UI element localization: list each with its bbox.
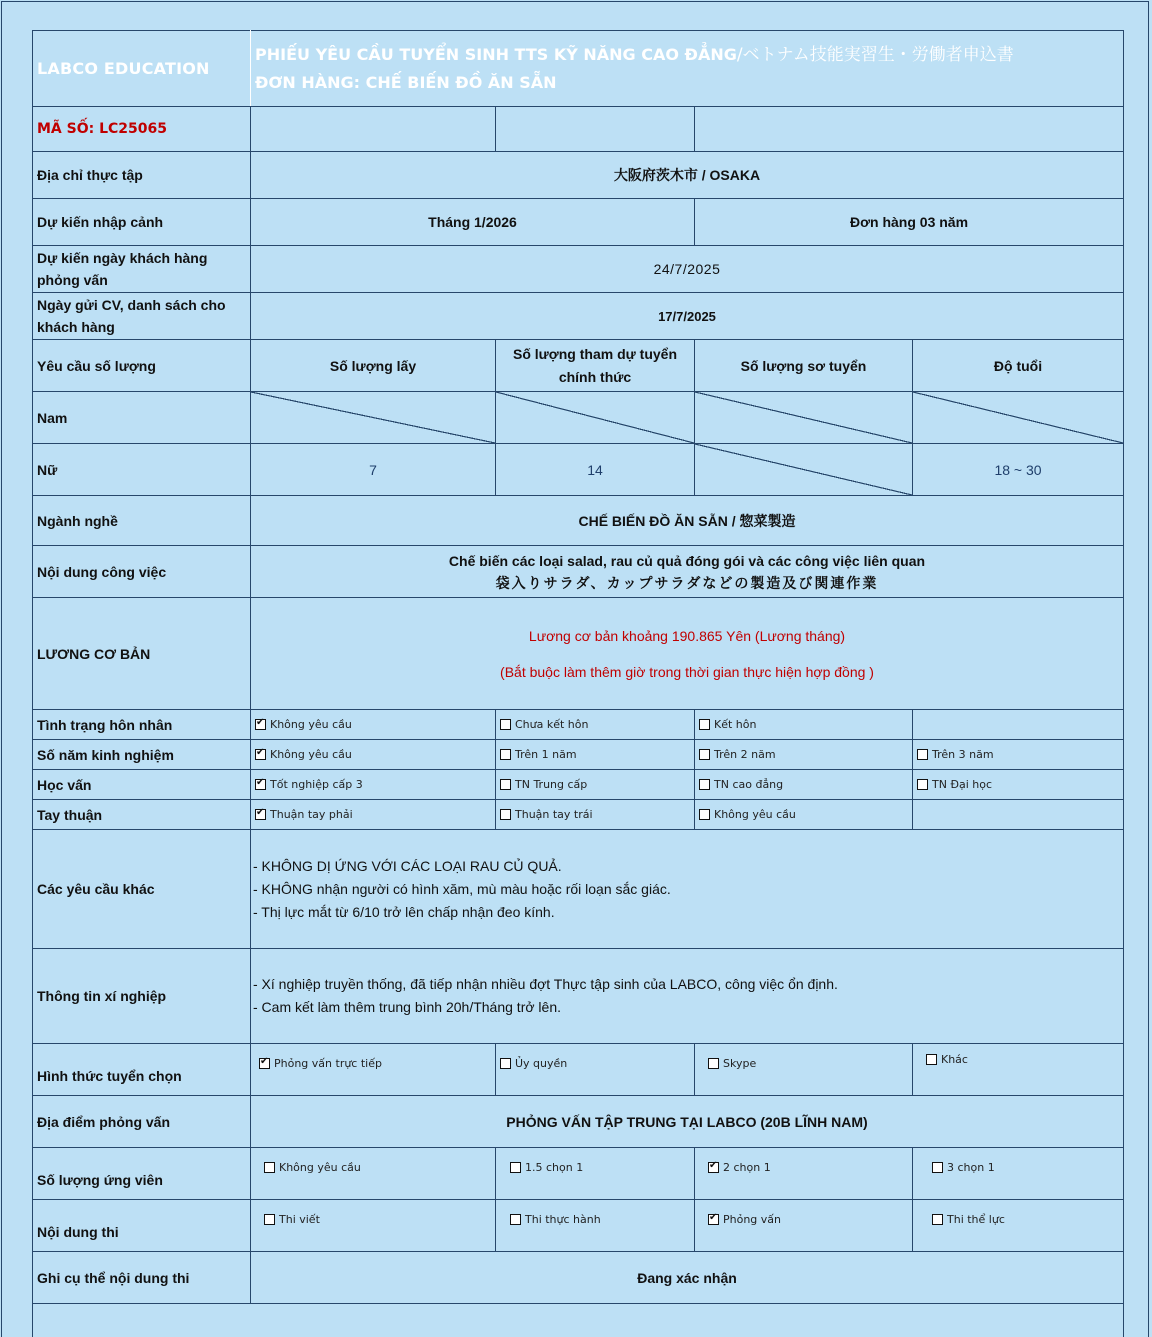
venue-row: Địa điểm phỏng vấn PHỎNG VẤN TẬP TRUNG T… [33, 1096, 1124, 1148]
col-quantity-official: Số lượng tham dự tuyển chính thức [496, 340, 695, 392]
marital-row: Tình trạng hôn nhân Không yêu cầu Chưa k… [33, 710, 1124, 740]
interview-date-value: 24/7/2025 [251, 246, 1124, 293]
exam-note-row: Ghi cụ thể nội dung thi Đang xác nhận [33, 1252, 1124, 1304]
cv-date-value: 17/7/2025 [251, 293, 1124, 340]
checkbox-empty-icon [500, 1058, 511, 1069]
exam-row: Nội dung thi Thi viết Thi thực hành Phỏn… [33, 1200, 1124, 1252]
checkbox-empty-icon [932, 1214, 943, 1225]
checkbox-empty-icon [500, 809, 511, 820]
checkbox-empty-icon [500, 749, 511, 760]
empty-cell [913, 800, 1124, 830]
interview-date-row: Dự kiến ngày khách hàng phỏng vấn 24/7/2… [33, 246, 1124, 293]
checkbox-hand-right[interactable]: Thuận tay phải [255, 808, 353, 821]
checkbox-exam-written[interactable]: Thi viết [264, 1213, 320, 1226]
checkbox-selection-other[interactable]: Khác [926, 1053, 968, 1066]
checkbox-checked-icon [708, 1162, 719, 1173]
checkbox-empty-icon [510, 1162, 521, 1173]
exam-label: Nội dung thi [33, 1200, 251, 1252]
checkbox-candidates-no-requirement[interactable]: Không yêu cầu [264, 1161, 361, 1174]
company-info-value: - Xí nghiệp truyền thống, đã tiếp nhận n… [251, 949, 1124, 1044]
job-line-jp: 袋入りサラダ、カップサラダなどの製造及び関連作業 [255, 572, 1119, 594]
address-label: Địa chỉ thực tập [33, 152, 251, 199]
female-quantity-official: 14 [496, 444, 695, 496]
col-quantity-taken: Số lượng lấy [251, 340, 496, 392]
address-value: 大阪府茨木市 / OSAKA [251, 152, 1124, 199]
checkbox-education-vocational[interactable]: TN Trung cấp [500, 778, 587, 791]
company-info-line: - Cam kết làm thêm trung bình 20h/Tháng … [253, 996, 1119, 1019]
empty-cell [251, 107, 496, 152]
form-title: PHIẾU YÊU CẦU TUYỂN SINH TTS KỸ NĂNG CAO… [251, 31, 1124, 107]
blank-row [33, 1304, 1124, 1337]
salary-row: LƯƠNG CƠ BẢN Lương cơ bản khoảng 190.865… [33, 598, 1124, 710]
checkbox-candidates-1-5-to-1[interactable]: 1.5 chọn 1 [510, 1161, 583, 1174]
industry-row: Ngành nghề CHẾ BIẾN ĐỒ ĂN SẴN / 惣菜製造 [33, 496, 1124, 546]
checkbox-marital-no-requirement[interactable]: Không yêu cầu [255, 718, 352, 731]
salary-value: Lương cơ bản khoảng 190.865 Yên (Lương t… [251, 598, 1124, 710]
education-row: Học vấn Tốt nghiệp cấp 3 TN Trung cấp TN… [33, 770, 1124, 800]
empty-cell [496, 107, 695, 152]
checkbox-hand-no-requirement[interactable]: Không yêu cầu [699, 808, 796, 821]
cv-date-row: Ngày gửi CV, danh sách cho khách hàng 17… [33, 293, 1124, 340]
interview-date-label: Dự kiến ngày khách hàng phỏng vấn [33, 246, 251, 293]
checkbox-marital-married[interactable]: Kết hôn [699, 718, 756, 731]
other-requirement-line: - KHÔNG nhận người có hình xăm, mù màu h… [253, 878, 1119, 901]
checkbox-experience-1-year[interactable]: Trên 1 năm [500, 748, 577, 761]
checkbox-empty-icon [917, 749, 928, 760]
salary-line-1: Lương cơ bản khoảng 190.865 Yên (Lương t… [255, 618, 1119, 654]
entry-value: Tháng 1/2026 [251, 199, 695, 246]
contract-value: Đơn hàng 03 năm [695, 199, 1124, 246]
company-info-label: Thông tin xí nghiệp [33, 949, 251, 1044]
order-title: ĐƠN HÀNG: CHẾ BIẾN ĐỒ ĂN SẴN [255, 73, 557, 92]
other-requirements-row: Các yêu cầu khác - KHÔNG DỊ ỨNG VỚI CÁC … [33, 830, 1124, 949]
education-label: Học vấn [33, 770, 251, 800]
job-label: Nội dung công việc [33, 546, 251, 598]
experience-row: Số năm kinh nghiệm Không yêu cầu Trên 1 … [33, 740, 1124, 770]
checkbox-education-high-school[interactable]: Tốt nghiệp cấp 3 [255, 778, 363, 791]
checkbox-experience-2-years[interactable]: Trên 2 năm [699, 748, 776, 761]
entry-label: Dự kiến nhập cảnh [33, 199, 251, 246]
checkbox-education-university[interactable]: TN Đại học [917, 778, 992, 791]
candidates-label: Số lượng ứng viên [33, 1148, 251, 1200]
checkbox-candidates-3-to-1[interactable]: 3 chọn 1 [932, 1161, 995, 1174]
checkbox-experience-3-years[interactable]: Trên 3 năm [917, 748, 994, 761]
checkbox-empty-icon [264, 1162, 275, 1173]
female-row: Nữ 7 14 18 ~ 30 [33, 444, 1124, 496]
checkbox-checked-icon [255, 809, 266, 820]
checkbox-empty-icon [699, 719, 710, 730]
checkbox-education-college[interactable]: TN cao đẳng [699, 778, 783, 791]
checkbox-empty-icon [917, 779, 928, 790]
checkbox-experience-no-requirement[interactable]: Không yêu cầu [255, 748, 352, 761]
checkbox-empty-icon [264, 1214, 275, 1225]
salary-line-2: (Bắt buộc làm thêm giờ trong thời gian t… [255, 654, 1119, 690]
checkbox-checked-icon [255, 749, 266, 760]
recruitment-form: LABCO EDUCATION PHIẾU YÊU CẦU TUYỂN SINH… [32, 30, 1124, 1337]
exam-note-label: Ghi cụ thể nội dung thi [33, 1252, 251, 1304]
candidates-row: Số lượng ứng viên Không yêu cầu 1.5 chọn… [33, 1148, 1124, 1200]
checkbox-empty-icon [500, 719, 511, 730]
company-info-row: Thông tin xí nghiệp - Xí nghiệp truyền t… [33, 949, 1124, 1044]
male-age [913, 392, 1124, 444]
industry-label: Ngành nghề [33, 496, 251, 546]
form-code: MÃ SỐ: LC25065 [33, 107, 251, 152]
venue-label: Địa điểm phỏng vấn [33, 1096, 251, 1148]
empty-cell [33, 1304, 1124, 1337]
col-age: Độ tuổi [913, 340, 1124, 392]
checkbox-hand-left[interactable]: Thuận tay trái [500, 808, 593, 821]
exam-note-value: Đang xác nhận [251, 1252, 1124, 1304]
other-requirements-label: Các yêu cầu khác [33, 830, 251, 949]
empty-cell [695, 107, 1124, 152]
other-requirements-value: - KHÔNG DỊ ỨNG VỚI CÁC LOẠI RAU CỦ QUẢ. … [251, 830, 1124, 949]
cv-date-label: Ngày gửi CV, danh sách cho khách hàng [33, 293, 251, 340]
checkbox-empty-icon [699, 779, 710, 790]
female-quantity-prelim [695, 444, 913, 496]
experience-label: Số năm kinh nghiệm [33, 740, 251, 770]
title-jp: /ベトナム技能実習生・労働者申込書 [737, 45, 1014, 65]
checkbox-checked-icon [708, 1214, 719, 1225]
hand-label: Tay thuận [33, 800, 251, 830]
quantity-header-row: Yêu cầu số lượng Số lượng lấy Số lượng t… [33, 340, 1124, 392]
male-quantity-taken [251, 392, 496, 444]
checkbox-empty-icon [500, 779, 511, 790]
checkbox-empty-icon [932, 1162, 943, 1173]
checkbox-empty-icon [699, 749, 710, 760]
address-row: Địa chỉ thực tập 大阪府茨木市 / OSAKA [33, 152, 1124, 199]
selection-row: Hình thức tuyển chọn Phỏng vấn trực tiếp… [33, 1044, 1124, 1096]
venue-value: PHỎNG VẤN TẬP TRUNG TẠI LABCO (20B LĨNH … [251, 1096, 1124, 1148]
checkbox-candidates-2-to-1[interactable]: 2 chọn 1 [708, 1161, 771, 1174]
checkbox-exam-practical[interactable]: Thi thực hành [510, 1213, 601, 1226]
col-quantity-prelim: Số lượng sơ tuyển [695, 340, 913, 392]
empty-cell [913, 710, 1124, 740]
female-label: Nữ [33, 444, 251, 496]
male-quantity-official [496, 392, 695, 444]
checkbox-empty-icon [926, 1054, 937, 1065]
male-label: Nam [33, 392, 251, 444]
checkbox-exam-interview[interactable]: Phỏng vấn [708, 1213, 781, 1226]
header-row: LABCO EDUCATION PHIẾU YÊU CẦU TUYỂN SINH… [33, 31, 1124, 107]
checkbox-selection-direct[interactable]: Phỏng vấn trực tiếp [259, 1057, 382, 1070]
checkbox-marital-single[interactable]: Chưa kết hôn [500, 718, 588, 731]
checkbox-empty-icon [510, 1214, 521, 1225]
other-requirement-line: - Thị lực mắt từ 6/10 trở lên chấp nhận … [253, 901, 1119, 924]
checkbox-empty-icon [708, 1058, 719, 1069]
marital-label: Tình trạng hôn nhân [33, 710, 251, 740]
other-requirement-line: - KHÔNG DỊ ỨNG VỚI CÁC LOẠI RAU CỦ QUẢ. [253, 855, 1119, 878]
male-quantity-prelim [695, 392, 913, 444]
checkbox-exam-physical[interactable]: Thi thể lực [932, 1213, 1005, 1226]
male-row: Nam [33, 392, 1124, 444]
brand-name: LABCO EDUCATION [33, 31, 251, 107]
female-quantity-taken: 7 [251, 444, 496, 496]
hand-row: Tay thuận Thuận tay phải Thuận tay trái … [33, 800, 1124, 830]
checkbox-selection-skype[interactable]: Skype [708, 1057, 756, 1070]
code-row: MÃ SỐ: LC25065 [33, 107, 1124, 152]
job-value: Chế biến các loại salad, rau củ quả đóng… [251, 546, 1124, 598]
checkbox-selection-proxy[interactable]: Ủy quyền [500, 1057, 567, 1070]
salary-label: LƯƠNG CƠ BẢN [33, 598, 251, 710]
female-age: 18 ~ 30 [913, 444, 1124, 496]
company-info-line: - Xí nghiệp truyền thống, đã tiếp nhận n… [253, 973, 1119, 996]
checkbox-checked-icon [255, 719, 266, 730]
selection-label: Hình thức tuyển chọn [33, 1044, 251, 1096]
title-vn: PHIẾU YÊU CẦU TUYỂN SINH TTS KỸ NĂNG CAO… [255, 45, 737, 64]
checkbox-checked-icon [259, 1058, 270, 1069]
entry-row: Dự kiến nhập cảnh Tháng 1/2026 Đơn hàng … [33, 199, 1124, 246]
industry-value: CHẾ BIẾN ĐỒ ĂN SẴN / 惣菜製造 [251, 496, 1124, 546]
job-line-vn: Chế biến các loại salad, rau củ quả đóng… [255, 550, 1119, 572]
checkbox-empty-icon [699, 809, 710, 820]
job-row: Nội dung công việc Chế biến các loại sal… [33, 546, 1124, 598]
quantity-label: Yêu cầu số lượng [33, 340, 251, 392]
checkbox-checked-icon [255, 779, 266, 790]
